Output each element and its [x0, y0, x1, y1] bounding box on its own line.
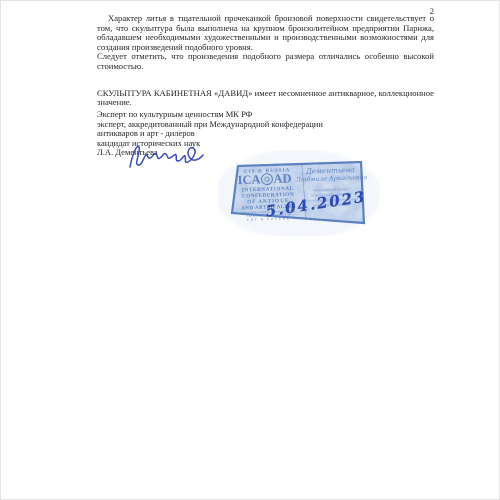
document-body: Характер литья в тщательной прочеканкой …: [97, 14, 434, 108]
stamp-acronym-left: ICA: [237, 172, 260, 187]
handwritten-signature: [126, 139, 208, 177]
signature-stroke: [130, 146, 203, 167]
paragraph-value-note: Следует отметить, что произведения подоб…: [97, 52, 434, 71]
scanned-document-page: 2 Характер литья в тщательной прочеканко…: [0, 0, 500, 500]
stamp-acronym-right: AD: [273, 171, 292, 186]
paragraph-conclusion: СКУЛЬПТУРА КАБИНЕТНАЯ «ДАВИД» имеет несо…: [97, 89, 434, 108]
paragraph-casting-character: Характер литья в тщательной прочеканкой …: [97, 14, 434, 52]
